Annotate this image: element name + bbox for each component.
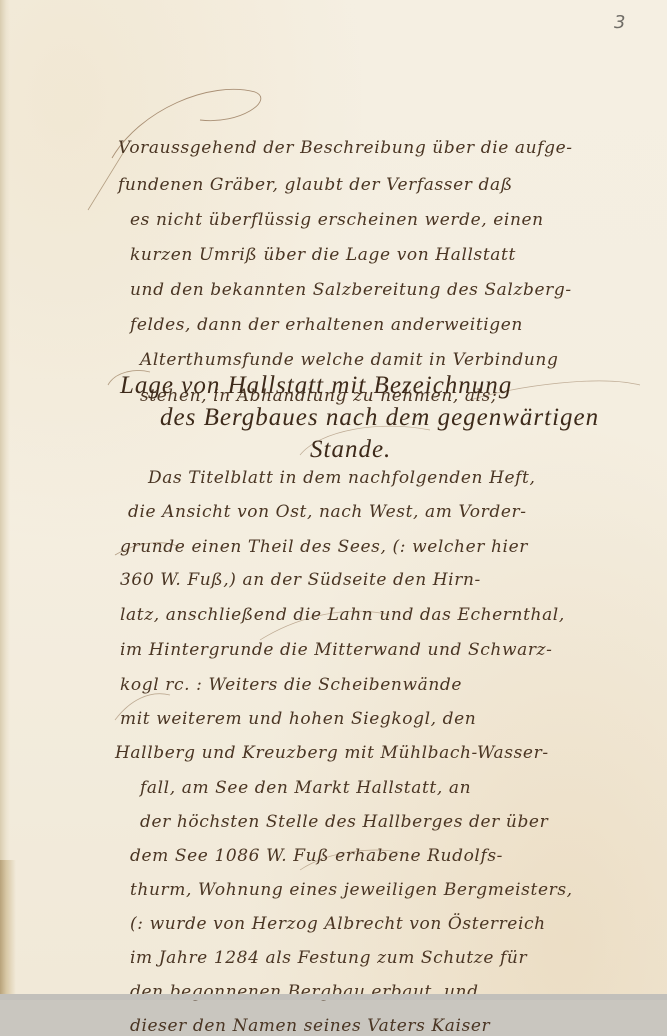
text-line: (: wurde von Herzog Albrecht von Österre… — [130, 914, 546, 934]
text-line: und den bekannten Salzbereitung des Salz… — [130, 280, 572, 300]
text-line: Das Titelblatt in dem nachfolgenden Heft… — [148, 468, 536, 488]
text-line: es nicht überflüssig erscheinen werde, e… — [130, 210, 544, 230]
text-line: fundenen Gräber, glaubt der Verfasser da… — [118, 175, 513, 195]
text-line: der höchsten Stelle des Hallberges der ü… — [140, 812, 548, 832]
text-line: kogl rc. : Weiters die Scheibenwände — [120, 675, 462, 695]
page-left-edge — [0, 0, 10, 994]
heading-line: Stande. — [310, 436, 391, 464]
heading-line: Lage von Hallstatt mit Bezeichnung — [120, 372, 512, 400]
text-line: fall, am See den Markt Hallstatt, an — [140, 778, 471, 798]
text-line: grunde einen Theil des Sees, (: welcher … — [120, 537, 528, 557]
text-line: Voraussgehend der Beschreibung über die … — [118, 138, 573, 158]
text-line: feldes, dann der erhaltenen anderweitige… — [130, 315, 523, 335]
text-line: Alterthumsfunde welche damit in Verbindu… — [140, 350, 558, 370]
text-line: mit weiterem und hohen Siegkogl, den — [120, 709, 476, 729]
text-line: dem See 1086 W. Fuß erhabene Rudolfs- — [130, 846, 503, 866]
text-line: im Jahre 1284 als Festung zum Schutze fü… — [130, 948, 527, 968]
text-line: latz, anschließend die Lahn und das Eche… — [120, 605, 565, 625]
text-line: 360 W. Fuß,) an der Südseite den Hirn- — [120, 570, 481, 590]
text-line: Hallberg und Kreuzberg mit Mühlbach-Wass… — [115, 743, 549, 763]
heading-line: des Bergbaues nach dem gegenwärtigen — [160, 404, 599, 432]
manuscript-page: 3 Voraussgehend der Beschreibung über di… — [0, 0, 667, 994]
text-line: die Ansicht von Ost, nach West, am Vorde… — [128, 502, 527, 522]
text-line: kurzen Umriß über die Lage von Hallstatt — [130, 245, 516, 265]
text-line: thurm, Wohnung eines jeweiligen Bergmeis… — [130, 880, 573, 900]
page-worn-edge — [0, 860, 16, 994]
text-line: im Hintergrunde die Mitterwand und Schwa… — [120, 640, 552, 660]
scan-background-strip — [0, 994, 667, 1000]
page-number: 3 — [614, 12, 625, 33]
